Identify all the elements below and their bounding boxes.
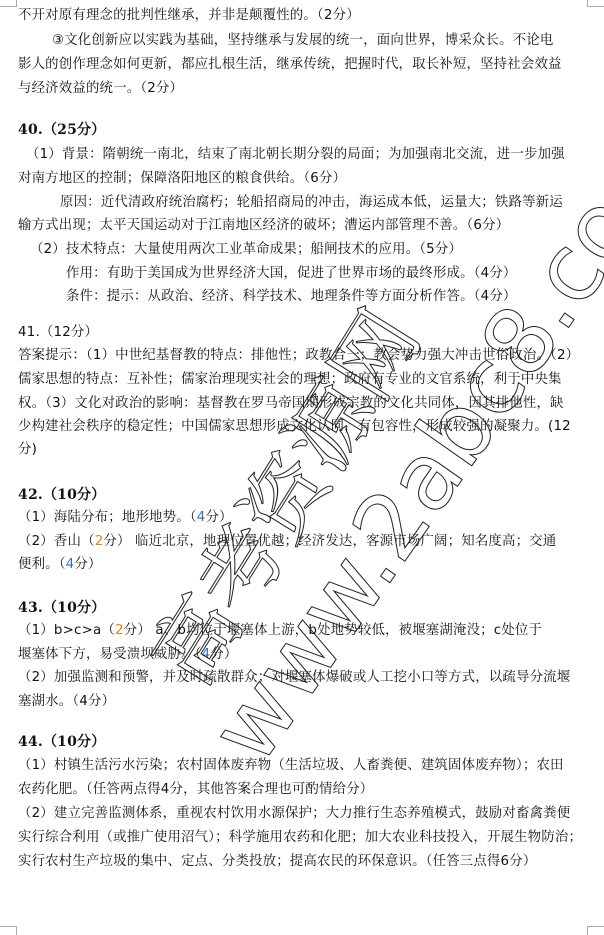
answer-text: 分） (74, 557, 101, 572)
intro-line: 与经济效益的统一。（2分） (18, 79, 183, 99)
intro-line: ③文化创新应以实践为基础，坚持继承与发展的统一，面向世界，博采众长。不论电 (52, 31, 553, 51)
answer-line: 对南方地区的控制；保障洛阳地区的粮食供给。（6分） (18, 169, 346, 189)
answer-line: 堰塞体下方，易受溃坝威胁。（4分） (18, 645, 238, 665)
answer-line: 少构建社会秩序的稳定性；中国儒家思想形成文化认同，有包容性，形成较强的凝聚力。(… (18, 417, 571, 437)
answer-line: 条件：提示：从政治、经济、科学技术、地理条件等方面分析作答。（4分） (66, 287, 517, 307)
answer-line: 分) (18, 440, 37, 460)
page-corner-mark (0, 926, 17, 935)
answer-line: （2）技术特点：大量使用两次工业革命成果；船闸技术的应用。（5分） (30, 240, 462, 260)
points-value: 4 (202, 647, 211, 662)
answer-text: 分） a、b均位于堰塞体上游，b处地势较低，被堰塞湖淹没；c处位于 (124, 623, 542, 638)
answer-text: 分） (205, 510, 232, 525)
answer-line: 塞湖水。（4分） (18, 692, 115, 712)
answer-line: （2）加强监测和预警，并及时疏散群众；对堰塞体爆破或人工挖小口等方式，以疏导分流… (18, 668, 570, 688)
answer-text: 分） (210, 647, 237, 662)
answer-line: （1）背景：隋朝统一南北，结束了南北朝长期分裂的局面；为加强南北交流，进一步加强 (26, 145, 565, 165)
question-44-heading: 44.（10分） (18, 732, 105, 752)
answer-text: （1）海陆分布；地形地势。（ (18, 510, 197, 525)
answer-line: 农药化肥。（任答两点得4分，其他答案合理也可酌情给分） (18, 780, 373, 800)
answer-text: （1）b>c>a（ (18, 623, 115, 638)
answer-line: （1）b>c>a（2分） a、b均位于堰塞体上游，b处地势较低，被堰塞湖淹没；c… (18, 621, 542, 641)
answer-line: 实行综合利用（或推广使用沼气）；科学施用农药和化肥；加大农业科技投入，开展生物防… (18, 828, 582, 848)
intro-line: 不开对原有理念的批判性继承，并非是颠覆性的。（2分） (18, 6, 360, 26)
answer-line: （1）海陆分布；地形地势。（4分） (18, 508, 233, 528)
answer-text: （2）香山（ (18, 534, 95, 549)
question-40-heading: 40.（25分） (18, 120, 105, 140)
answer-line: 实行农村生产垃圾的集中、定点、分类投放；提高农民的环保意识。（任答三点得6分） (18, 852, 536, 872)
page-corner-mark (587, 926, 604, 935)
answer-line: 作用：有助于美国成为世界经济大国，促进了世界市场的最终形成。（4分） (66, 264, 517, 284)
answer-line: （2）香山（2分） 临近北京，地理位置优越；经济发达，客源市场广阔；知名度高；交… (18, 532, 556, 552)
points-value: 2 (115, 623, 124, 638)
answer-line: 便利。（4分） (18, 555, 102, 575)
answer-text: 便利。（ (18, 557, 66, 572)
question-42-heading: 42.（10分） (18, 485, 105, 505)
page-corner-mark (0, 0, 17, 7)
answer-line: 输方式出现；太平天国运动对于江南地区经济的破坏；漕运内部管理不善。（6分） (18, 216, 509, 236)
answer-line: 答案提示：（1）中世纪基督教的特点：排他性；政教合一；教会势力强大冲击世俗政治。… (18, 346, 579, 366)
answer-text: 堰塞体下方，易受溃坝威胁。（ (18, 647, 202, 662)
answer-text: 分） 临近北京，地理位置优越；经济发达，客源市场广阔；知名度高；交通 (103, 534, 556, 549)
question-41-heading: 41.（12分） (18, 323, 98, 343)
answer-line: 原因：近代清政府统治腐朽；轮船招商局的冲击，海运成本低，运量大；铁路等新运 (60, 193, 563, 213)
document-page: 不开对原有理念的批判性继承，并非是颠覆性的。（2分） ③文化创新应以实践为基础，… (0, 0, 604, 935)
answer-line: （2）建立完善监测体系，重视农村饮用水源保护；大力推行生态养殖模式，鼓励对畜禽粪… (18, 804, 570, 824)
answer-line: 儒家思想的特点：互补性；儒家治理现实社会的理想；政府有专业的文官系统，利于中央集 (18, 370, 562, 390)
page-corner-mark (587, 0, 604, 7)
question-43-heading: 43.（10分） (18, 598, 105, 618)
answer-line: （1）村镇生活污水污染；农村固体废弃物（生活垃圾、人畜粪便、建筑固体废弃物）；农… (18, 756, 564, 776)
answer-line: 权。（3）文化对政治的影响：基督教在罗马帝国期形成宗教的文化共同体，因其排他性，… (18, 394, 564, 414)
intro-line: 影人的创作理念如何更新，都应扎根生活，继承传统，把握时代，取长补短，坚持社会效益 (18, 55, 562, 75)
